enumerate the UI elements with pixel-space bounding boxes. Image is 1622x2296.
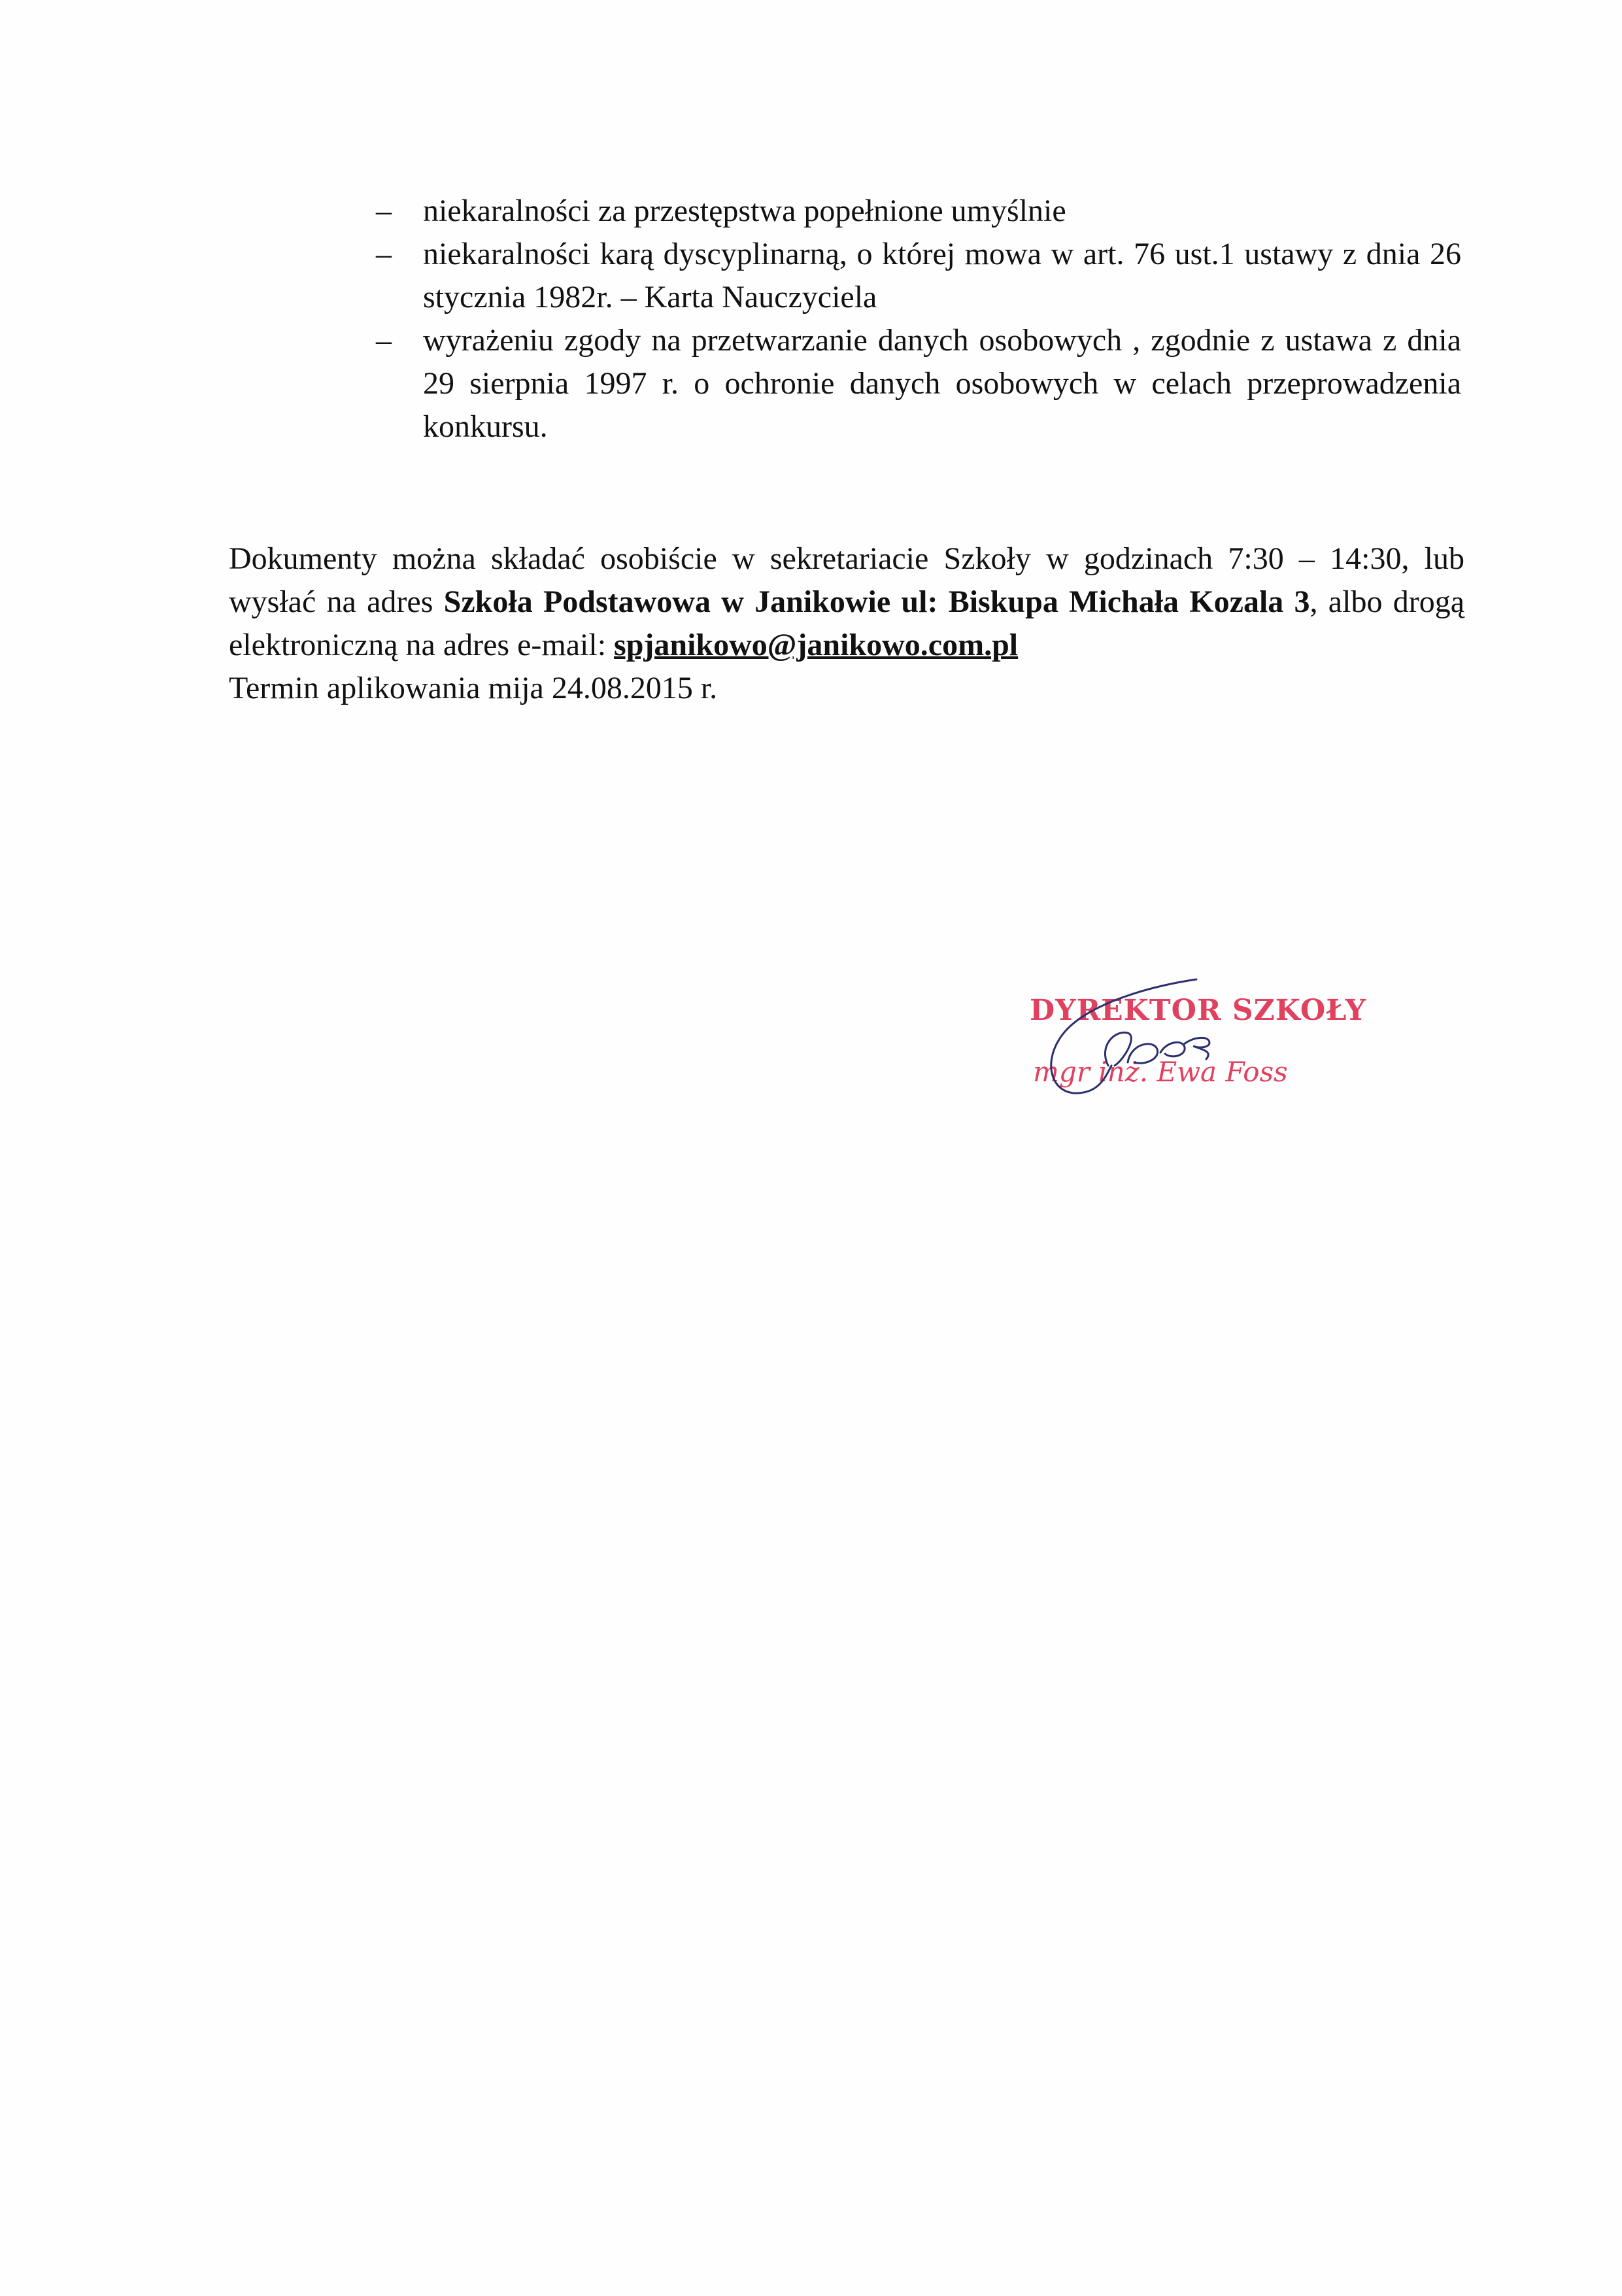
dash-bullet: – [376, 319, 402, 362]
list-item-text: niekaralności karą dyscyplinarną, o któr… [423, 233, 1461, 319]
dash-bullet: – [376, 190, 402, 233]
document-page: – niekaralności za przestępstwa popełnio… [0, 0, 1622, 2296]
list-item: – niekaralności karą dyscyplinarną, o kt… [376, 233, 1461, 319]
deadline-text: Termin aplikowania mija 24.08.2015 r. [229, 667, 1464, 710]
email-link[interactable]: spjanikowo@janikowo.com.pl [614, 628, 1018, 662]
signature-icon [994, 968, 1334, 1111]
requirements-list: – niekaralności za przestępstwa popełnio… [376, 190, 1461, 448]
list-item: – niekaralności za przestępstwa popełnio… [376, 190, 1461, 233]
submission-text: Dokumenty można składać osobiście w sekr… [229, 537, 1464, 667]
list-item-text: wyrażeniu zgody na przetwarzanie danych … [423, 319, 1461, 448]
list-item-text: niekaralności za przestępstwa popełnione… [423, 190, 1461, 233]
dash-bullet: – [376, 233, 402, 276]
school-address: Szkoła Podstawowa w Janikowie ul: Biskup… [444, 584, 1310, 619]
submission-paragraph: Dokumenty można składać osobiście w sekr… [229, 537, 1464, 710]
director-stamp: DYREKTOR SZKOŁY mgr inż. Ewa Foss [994, 968, 1334, 1111]
list-item: – wyrażeniu zgody na przetwarzanie danyc… [376, 319, 1461, 448]
